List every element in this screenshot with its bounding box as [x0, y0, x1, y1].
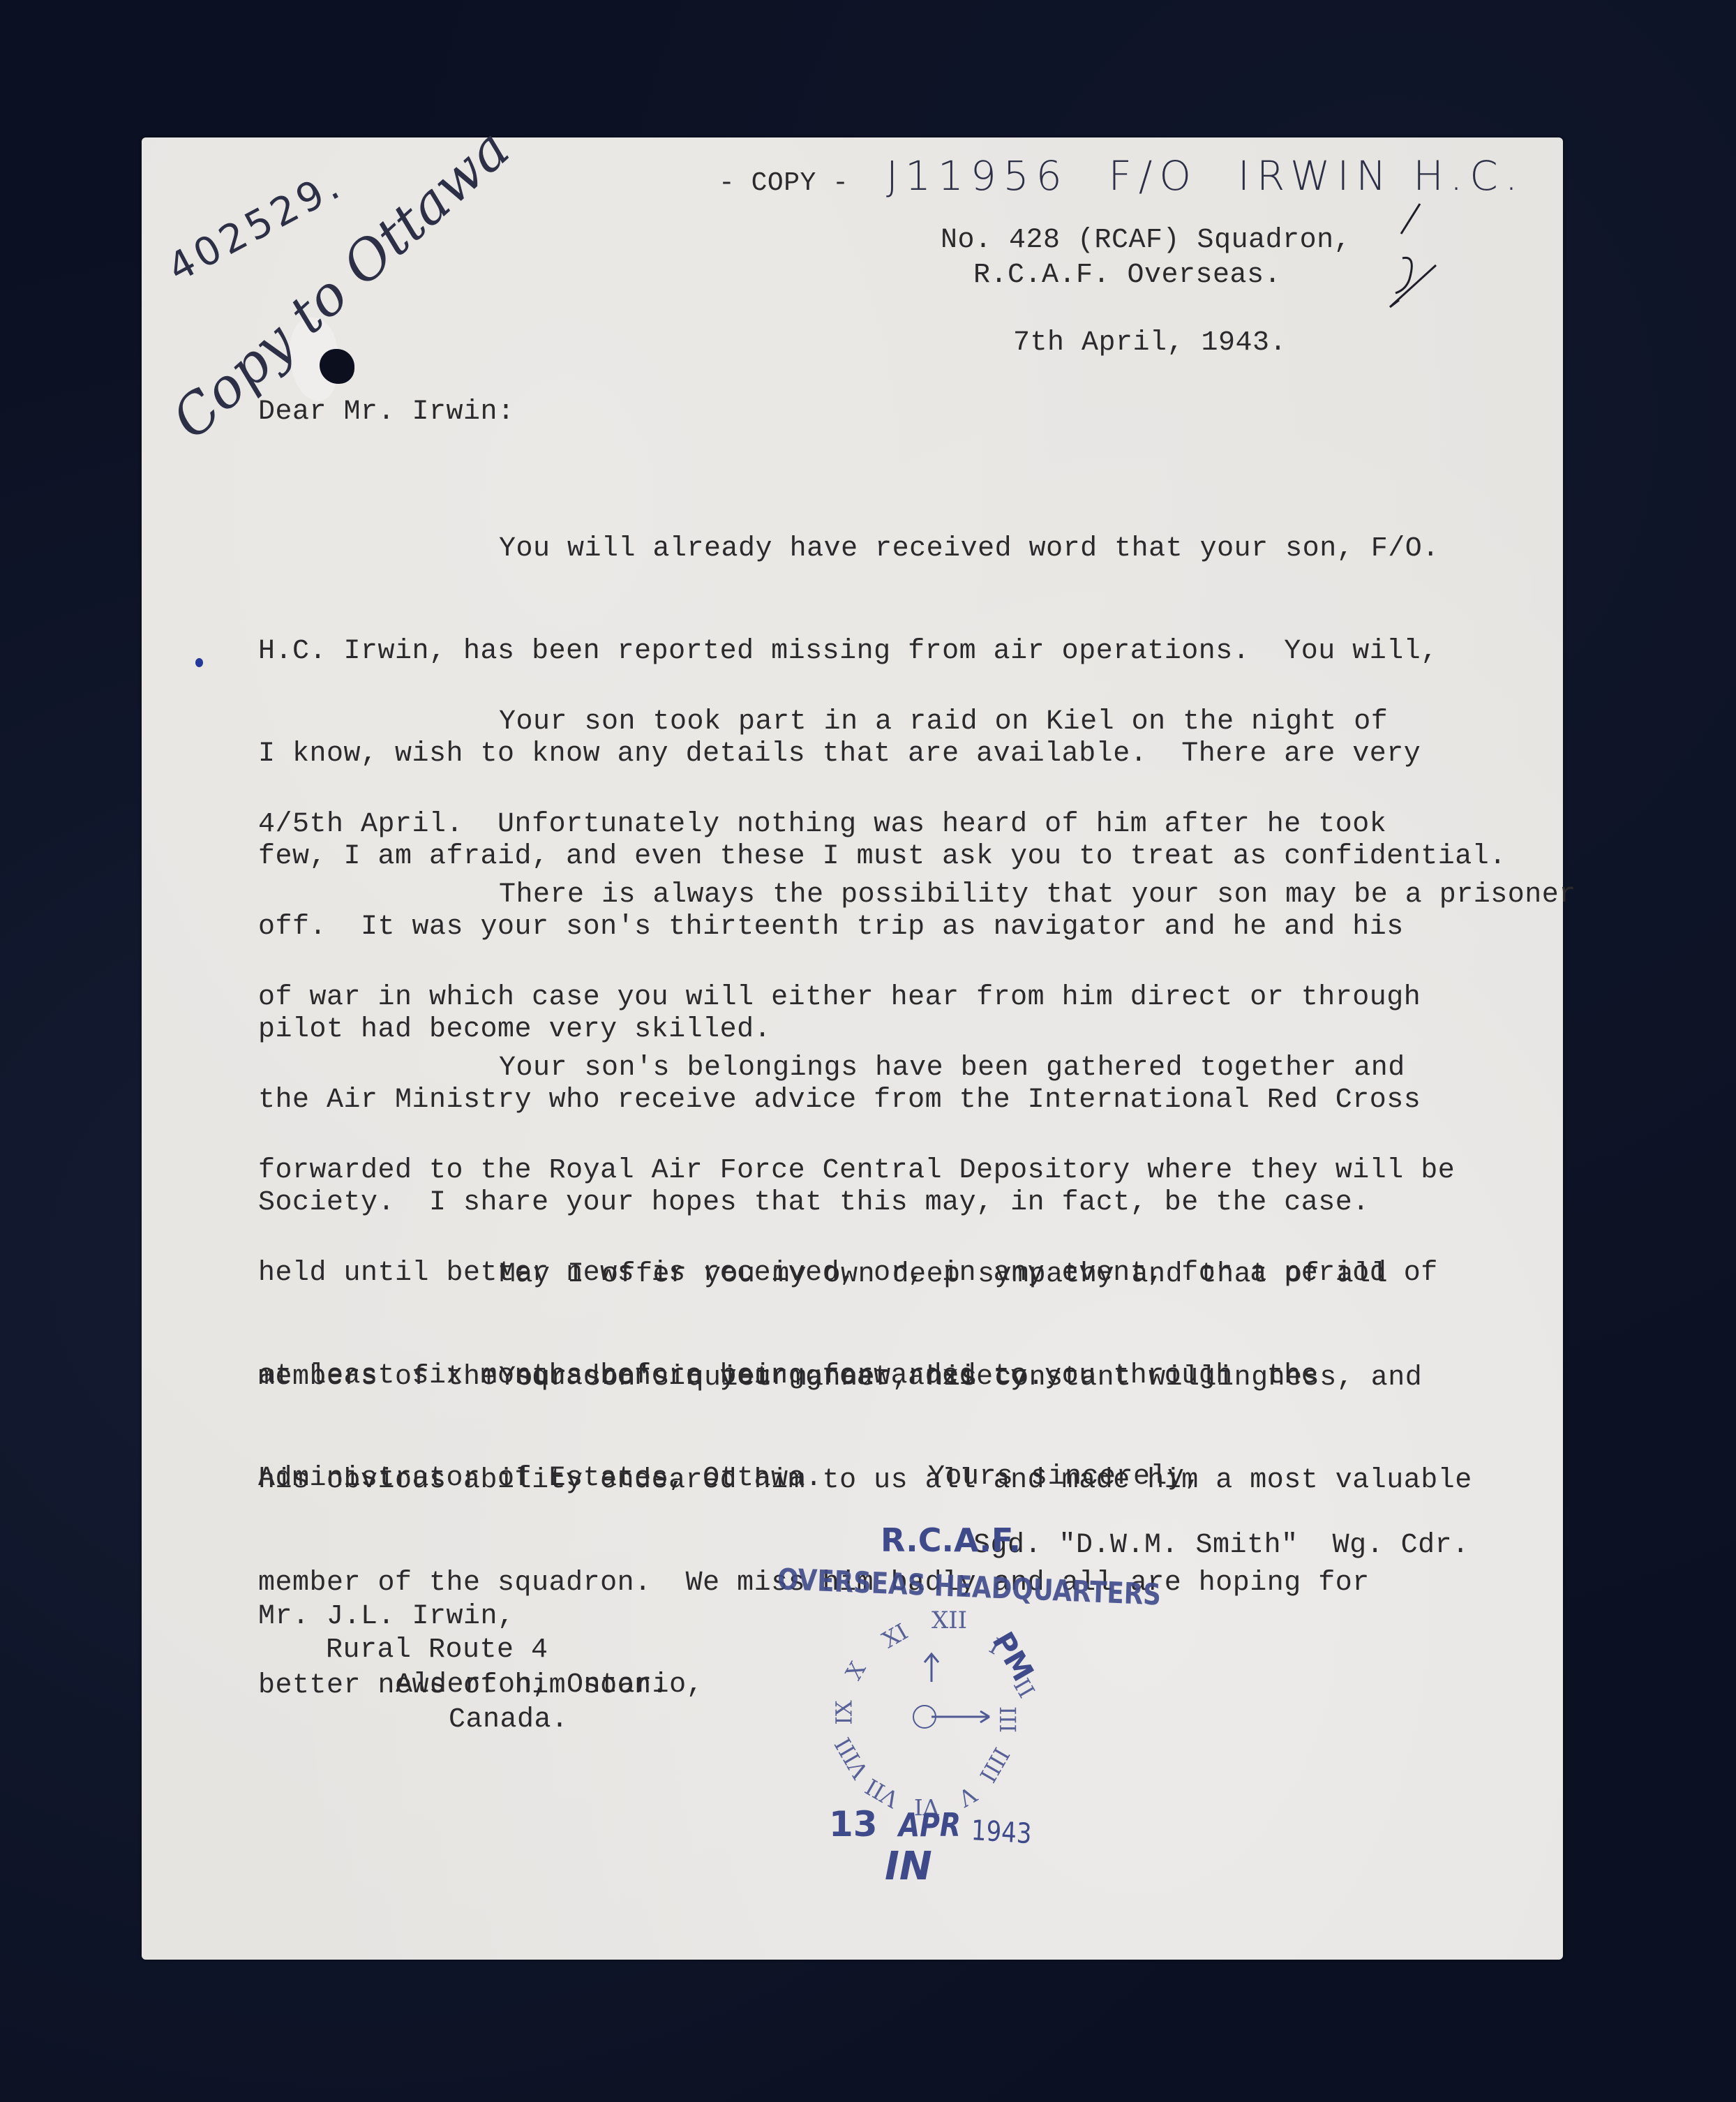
paragraph-line: his obvious ability endeared him to us a…: [258, 1463, 1472, 1498]
paragraph-line: You will already have received word that…: [258, 532, 1506, 566]
handwritten-reference: J11956 F/O IRWIN H.C.: [886, 152, 1525, 200]
paragraph-line: There is always the possibility that you…: [258, 878, 1576, 912]
ink-spot: [195, 658, 203, 667]
unit-line-1: No. 428 (RCAF) Squadron,: [941, 223, 1351, 258]
stamp-org: R.C.A.F.: [881, 1521, 1021, 1559]
address-line-1: Mr. J.L. Irwin,: [258, 1600, 515, 1634]
stamp-numeral-ix: IX: [831, 1700, 858, 1724]
margin-check-mark: [1382, 195, 1444, 314]
address-line-4: Canada.: [449, 1703, 569, 1737]
paragraph-line: forwarded to the Royal Air Force Central…: [258, 1154, 1455, 1188]
stamp-numeral-xii: XII: [931, 1607, 967, 1634]
paragraph-line: Your son took part in a raid on Kiel on …: [258, 705, 1404, 739]
paragraph-line: Your son's quiet manner, his constant wi…: [258, 1361, 1472, 1395]
unit-line-2: R.C.A.F. Overseas.: [973, 258, 1281, 292]
letter-date: 7th April, 1943.: [1013, 326, 1287, 360]
punch-hole: [320, 349, 354, 384]
stamp-year: 1943: [971, 1814, 1032, 1850]
paragraph-line: Your son's belongings have been gathered…: [258, 1051, 1455, 1085]
copy-label: - COPY -: [719, 166, 848, 200]
salutation: Dear Mr. Irwin:: [258, 395, 515, 429]
paragraph-line: May I offer you my own deep sympathy and…: [258, 1258, 1388, 1292]
stamp-numeral-iii: III: [994, 1706, 1021, 1733]
valediction: Yours sincerely,: [928, 1460, 1202, 1494]
stamp-day: 13: [829, 1804, 878, 1844]
stamp-month: APR: [899, 1806, 961, 1844]
stamp-status: IN: [885, 1844, 932, 1889]
signature-line: Sgd. "D.W.M. Smith" Wg. Cdr.: [973, 1528, 1469, 1563]
address-line-2: Rural Route 4: [326, 1633, 548, 1667]
address-line-3: Alderton, Ontario,: [396, 1668, 703, 1702]
